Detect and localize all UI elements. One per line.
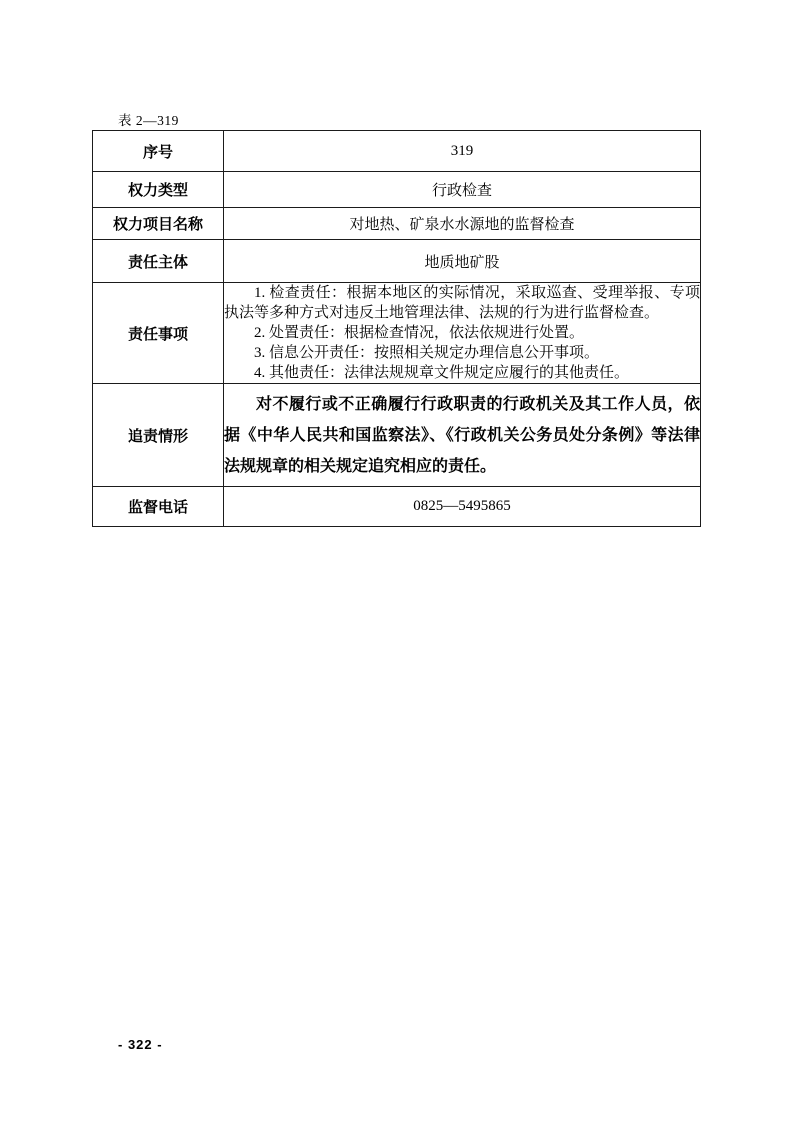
power-type-value: 行政检查 <box>224 172 701 208</box>
power-item-name-label: 权力项目名称 <box>93 208 224 240</box>
accountability-paragraph: 对不履行或不正确履行行政职责的行政机关及其工作人员，依据《中华人民共和国监察法》… <box>224 389 700 482</box>
responsibility-items-value: 1. 检查责任：根据本地区的实际情况，采取巡查、受理举报、专项执法等多种方式对违… <box>224 283 701 384</box>
responsibility-item-2: 2. 处置责任：根据检查情况，依法依规进行处置。 <box>224 323 700 343</box>
table-row-serial-number: 序号 319 <box>93 131 701 172</box>
supervision-phone-value: 0825—5495865 <box>224 487 701 527</box>
serial-number-label: 序号 <box>93 131 224 172</box>
serial-number-value: 319 <box>224 131 701 172</box>
responsibility-item-1: 1. 检查责任：根据本地区的实际情况，采取巡查、受理举报、专项执法等多种方式对违… <box>224 283 700 323</box>
power-item-name-value: 对地热、矿泉水水源地的监督检查 <box>224 208 701 240</box>
supervision-phone-label: 监督电话 <box>93 487 224 527</box>
power-type-label: 权力类型 <box>93 172 224 208</box>
responsibility-item-3: 3. 信息公开责任：按照相关规定办理信息公开事项。 <box>224 343 700 363</box>
responsible-entity-label: 责任主体 <box>93 240 224 283</box>
power-responsibility-table: 序号 319 权力类型 行政检查 权力项目名称 对地热、矿泉水水源地的监督检查 … <box>92 130 701 527</box>
responsibility-items-label: 责任事项 <box>93 283 224 384</box>
responsibility-item-4: 4. 其他责任：法律法规规章文件规定应履行的其他责任。 <box>224 363 700 383</box>
page-number: - 322 - <box>118 1037 163 1052</box>
table-row-power-type: 权力类型 行政检查 <box>93 172 701 208</box>
table-row-supervision-phone: 监督电话 0825—5495865 <box>93 487 701 527</box>
table-row-power-item-name: 权力项目名称 对地热、矿泉水水源地的监督检查 <box>93 208 701 240</box>
accountability-situations-value: 对不履行或不正确履行行政职责的行政机关及其工作人员，依据《中华人民共和国监察法》… <box>224 384 701 487</box>
table-row-accountability-situations: 追责情形 对不履行或不正确履行行政职责的行政机关及其工作人员，依据《中华人民共和… <box>93 384 701 487</box>
accountability-situations-label: 追责情形 <box>93 384 224 487</box>
table-row-responsible-entity: 责任主体 地质地矿股 <box>93 240 701 283</box>
table-caption: 表 2—319 <box>118 109 179 129</box>
responsible-entity-value: 地质地矿股 <box>224 240 701 283</box>
table-row-responsibility-items: 责任事项 1. 检查责任：根据本地区的实际情况，采取巡查、受理举报、专项执法等多… <box>93 283 701 384</box>
